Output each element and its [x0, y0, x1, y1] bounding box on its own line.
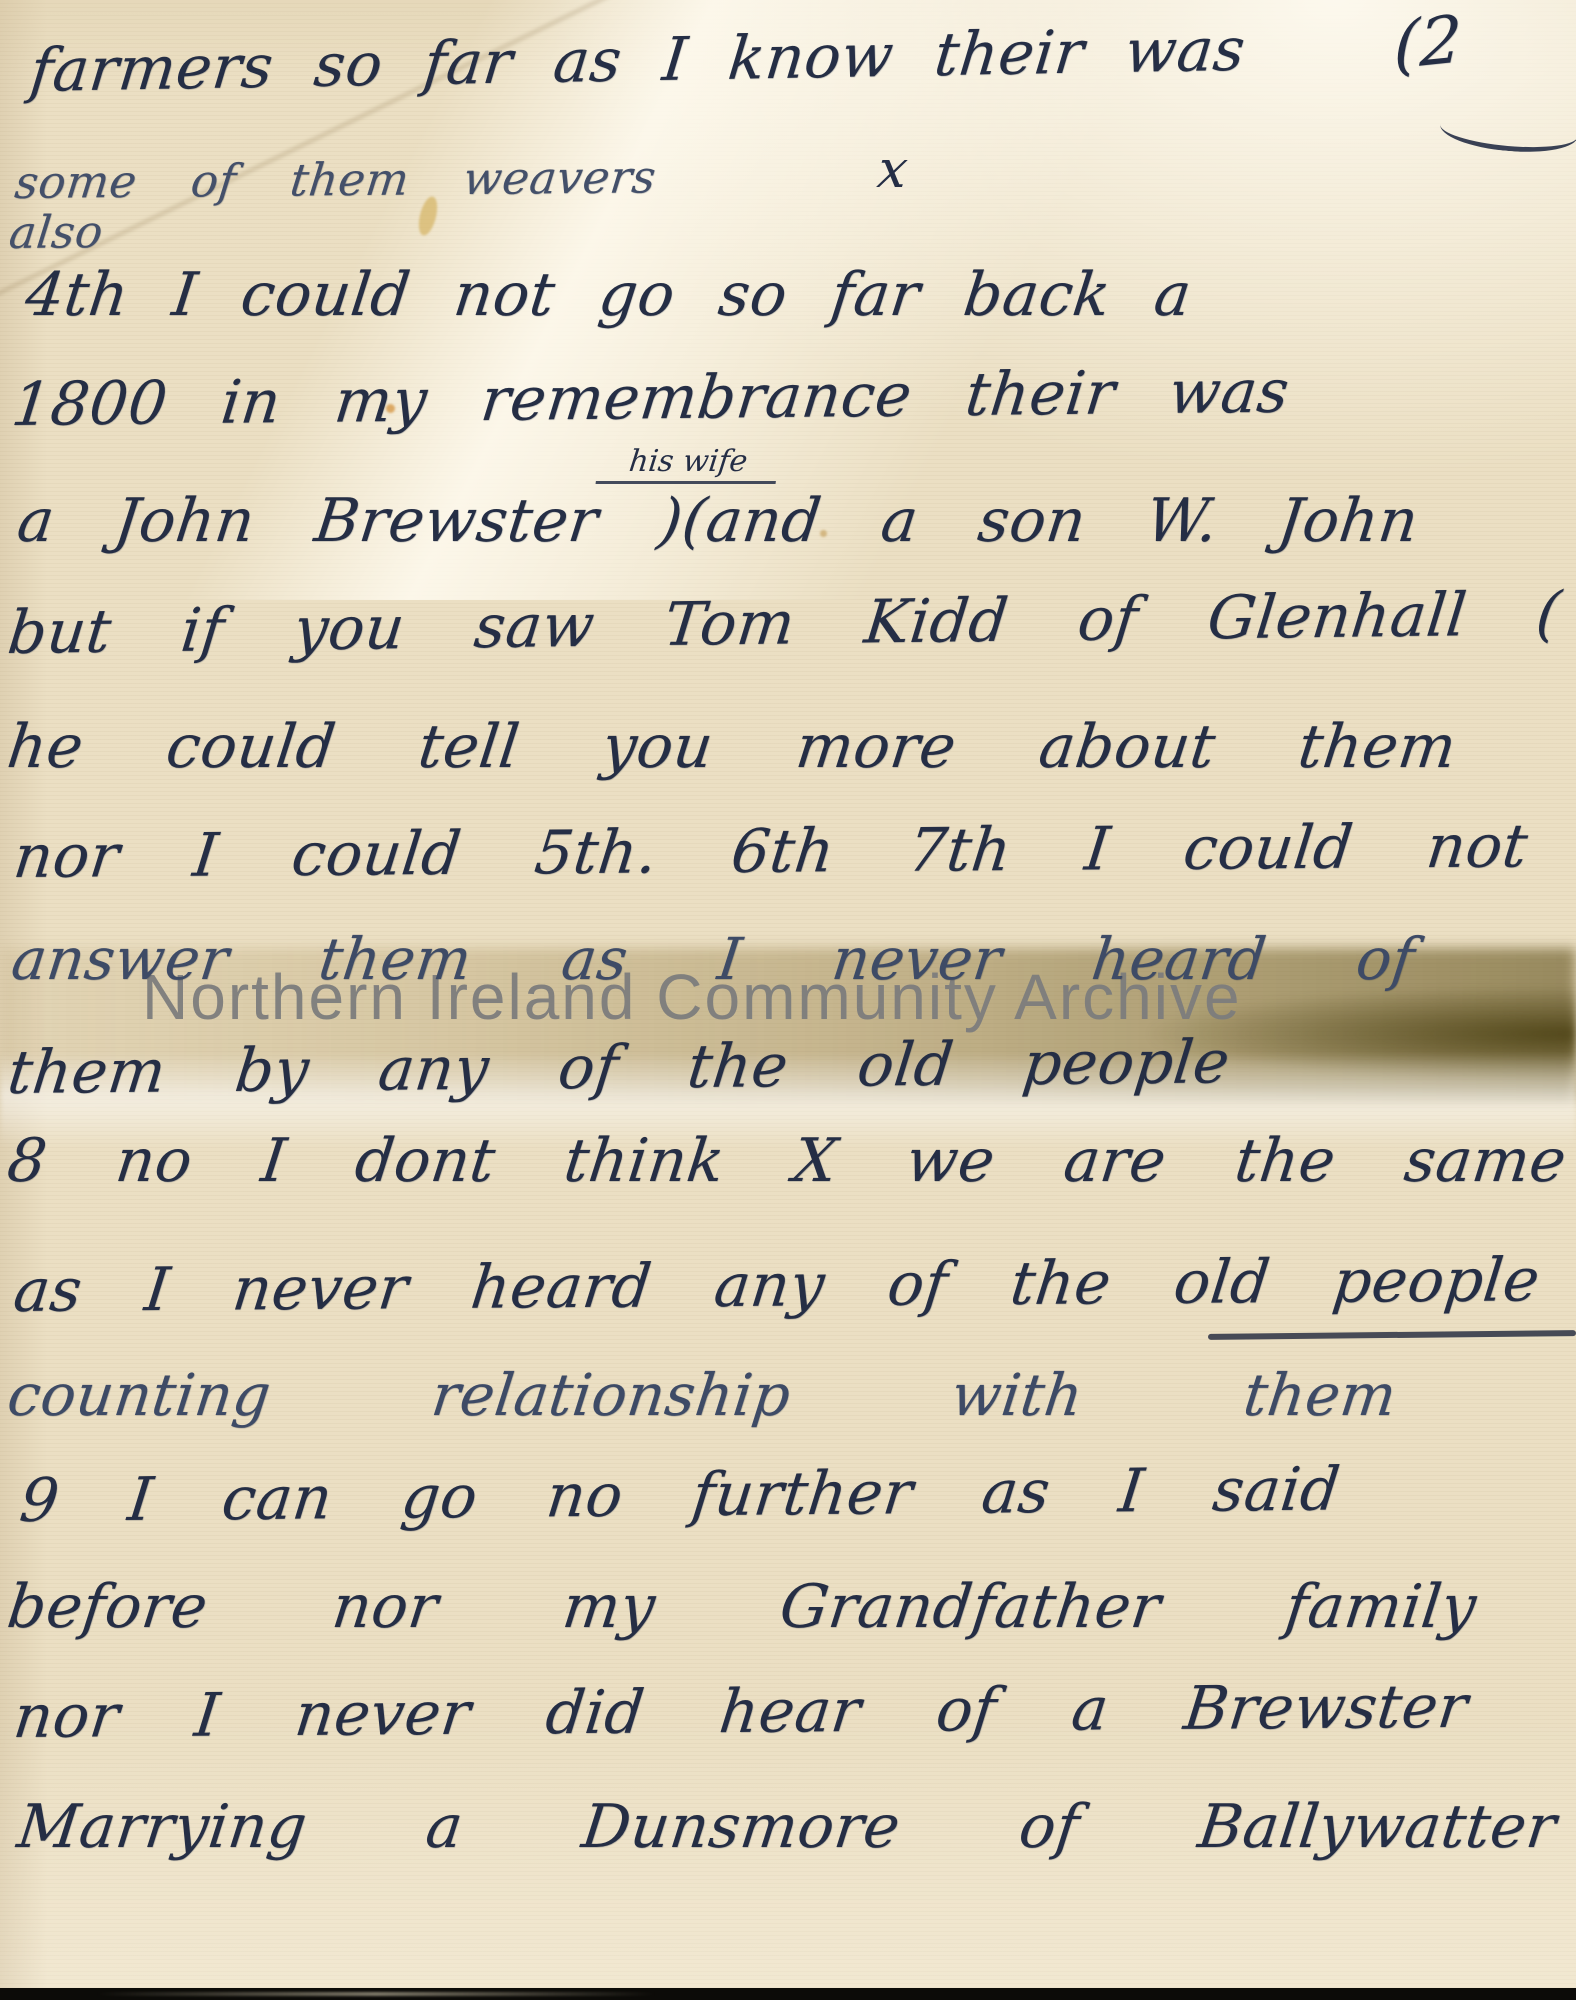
- pen-swoosh: [1438, 104, 1576, 157]
- insertion-mark: x: [874, 140, 911, 200]
- handwritten-line: them by any of the old people: [4, 1029, 1233, 1106]
- his-wife-annotation: his wife: [596, 444, 781, 484]
- scanned-letter-page: Northern Ireland Community Archive (2 x …: [0, 0, 1576, 2000]
- handwritten-line: a John Brewster )(and a son W. John: [14, 488, 1422, 554]
- handwritten-line: Marrying a Dunsmore of Ballywatter: [14, 1794, 1560, 1860]
- handwritten-line: 1800 in my remembrance their was: [9, 359, 1293, 438]
- pen-flourish: [1208, 1330, 1576, 1340]
- handwritten-line: but if you saw Tom Kidd of Glenhall (: [5, 581, 1565, 666]
- handwritten-line: 8 no I dont think X we are the same: [4, 1128, 1570, 1194]
- handwritten-line: counting relationship with them: [4, 1364, 1400, 1428]
- handwritten-line: some of them weavers also: [7, 152, 659, 257]
- handwritten-line: before nor my Grandfather family: [4, 1574, 1480, 1640]
- scan-edge-bar: [0, 1988, 1576, 2000]
- handwritten-line: farmers so far as I know their was: [27, 17, 1248, 104]
- page-number: (2: [1393, 1, 1463, 85]
- handwritten-line: nor I never did hear of a Brewster: [10, 1674, 1471, 1750]
- handwritten-line: answer them as I never heard of: [8, 928, 1418, 992]
- handwritten-line: he could tell you more about them: [4, 714, 1460, 780]
- handwritten-line: as I never heard any of the old people: [10, 1247, 1543, 1324]
- handwritten-line: nor I could 5th. 6th 7th I could not: [10, 813, 1531, 890]
- handwritten-line: 9 I can go no further as I said: [16, 1456, 1343, 1533]
- handwritten-line: 4th I could not go so far back a: [22, 262, 1195, 328]
